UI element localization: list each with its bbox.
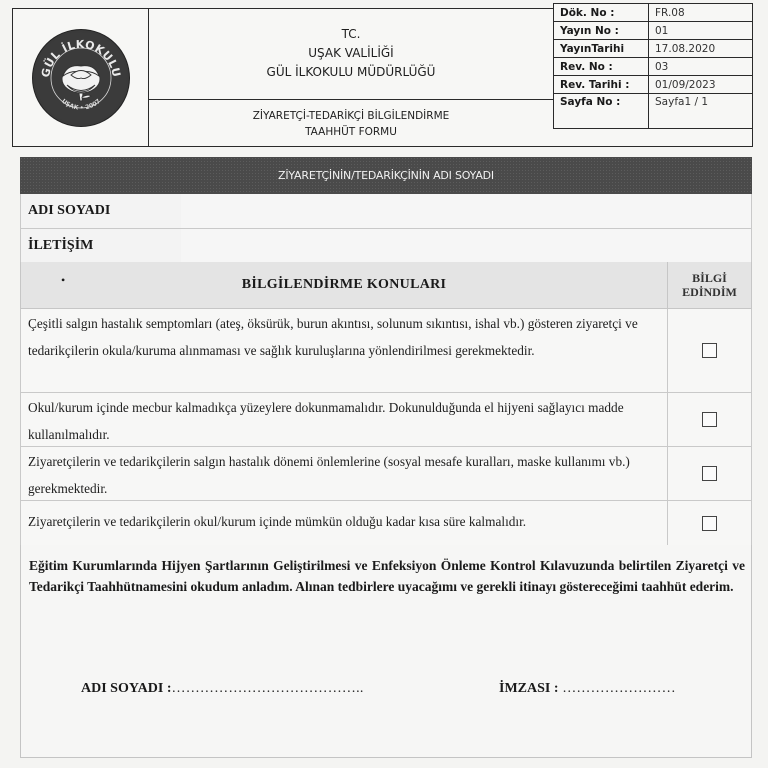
doc-no-label: Dök. No : [554, 4, 649, 22]
issue-no-label: Yayın No : [554, 22, 649, 40]
ack-header-line-1: BİLGİ [692, 271, 727, 285]
topic-text: Ziyaretçilerin ve tedarikçilerin salgın … [28, 449, 664, 502]
acknowledged-checkbox[interactable] [702, 343, 717, 358]
rev-no-value: 03 [649, 58, 753, 76]
title-line-2: UŞAK VALİLİĞİ [308, 44, 393, 63]
page-no-value: Sayfa1 / 1 [649, 94, 753, 129]
form-title-line-1: ZİYARETÇİ-TEDARİKÇİ BİLGİLENDİRME [253, 108, 450, 124]
signer-name-label: ADI SOYADI : [81, 681, 172, 696]
topics-column-header: BİLGİLENDİRME KONULARI [21, 262, 667, 308]
name-label: ADI SOYADI [21, 194, 189, 228]
document-info-table: Dök. No :FR.08 Yayın No :01 YayınTarihi1… [553, 3, 753, 129]
topic-text: Ziyaretçilerin ve tedarikçilerin okul/ku… [28, 509, 664, 536]
acknowledged-checkbox[interactable] [702, 412, 717, 427]
title-line-1: TC. [342, 25, 361, 44]
rev-date-value: 01/09/2023 [649, 76, 753, 94]
table-row: Çeşitli salgın hastalık semptomları (ate… [20, 309, 752, 393]
contact-row: İLETİŞİM [20, 229, 752, 263]
signer-name-blank[interactable]: ………………………………….. [172, 681, 364, 696]
acknowledged-checkbox[interactable] [702, 466, 717, 481]
visitor-section-banner: ZİYARETÇİNİN/TEDARİKÇİNİN ADI SOYADI [20, 157, 752, 194]
title-line-3: GÜL İLKOKULU MÜDÜRLÜĞÜ [267, 63, 436, 82]
table-row: Ziyaretçilerin ve tedarikçilerin okul/ku… [20, 501, 752, 546]
acknowledged-checkbox[interactable] [702, 516, 717, 531]
signer-name-line[interactable]: ADI SOYADI :………………………………….. [81, 681, 364, 697]
signature-line[interactable]: İMZASI : …………………… [499, 681, 676, 697]
name-field[interactable] [181, 194, 751, 228]
institution-title: TC. UŞAK VALİLİĞİ GÜL İLKOKULU MÜDÜRLÜĞÜ [148, 8, 554, 100]
issue-no-value: 01 [649, 22, 753, 40]
table-row: Okul/kurum içinde mecbur kalmadıkça yüze… [20, 393, 752, 447]
page-no-label: Sayfa No : [554, 94, 649, 129]
issue-date-value: 17.08.2020 [649, 40, 753, 58]
form-title: ZİYARETÇİ-TEDARİKÇİ BİLGİLENDİRME TAAHHÜ… [148, 100, 554, 147]
table-row: Ziyaretçilerin ve tedarikçilerin salgın … [20, 447, 752, 501]
signature-label: İMZASI : [499, 681, 559, 696]
form-title-line-2: TAAHHÜT FORMU [305, 124, 397, 140]
issue-date-label: YayınTarihi [554, 40, 649, 58]
signature-blank[interactable]: …………………… [559, 681, 676, 696]
topic-text: Okul/kurum içinde mecbur kalmadıkça yüze… [28, 395, 664, 448]
ack-header-line-2: EDİNDİM [682, 285, 737, 299]
contact-field[interactable] [181, 229, 751, 262]
acknowledged-column-header: BİLGİ EDİNDİM [667, 262, 751, 308]
doc-no-value: FR.08 [649, 4, 753, 22]
info-table-header: • BİLGİLENDİRME KONULARI BİLGİ EDİNDİM [20, 262, 752, 309]
rev-date-label: Rev. Tarihi : [554, 76, 649, 94]
contact-label: İLETİŞİM [21, 229, 189, 262]
rose-emblem-icon: GÜL İLKOKULU UŞAK • 2007 [33, 30, 129, 126]
name-row: ADI SOYADI [20, 194, 752, 229]
pledge-text: Eğitim Kurumlarında Hijyen Şartlarının G… [29, 555, 745, 597]
topic-text: Çeşitli salgın hastalık semptomları (ate… [28, 311, 664, 364]
pledge-section: Eğitim Kurumlarında Hijyen Şartlarının G… [20, 545, 752, 758]
rev-no-label: Rev. No : [554, 58, 649, 76]
school-logo: GÜL İLKOKULU UŞAK • 2007 [33, 30, 129, 126]
